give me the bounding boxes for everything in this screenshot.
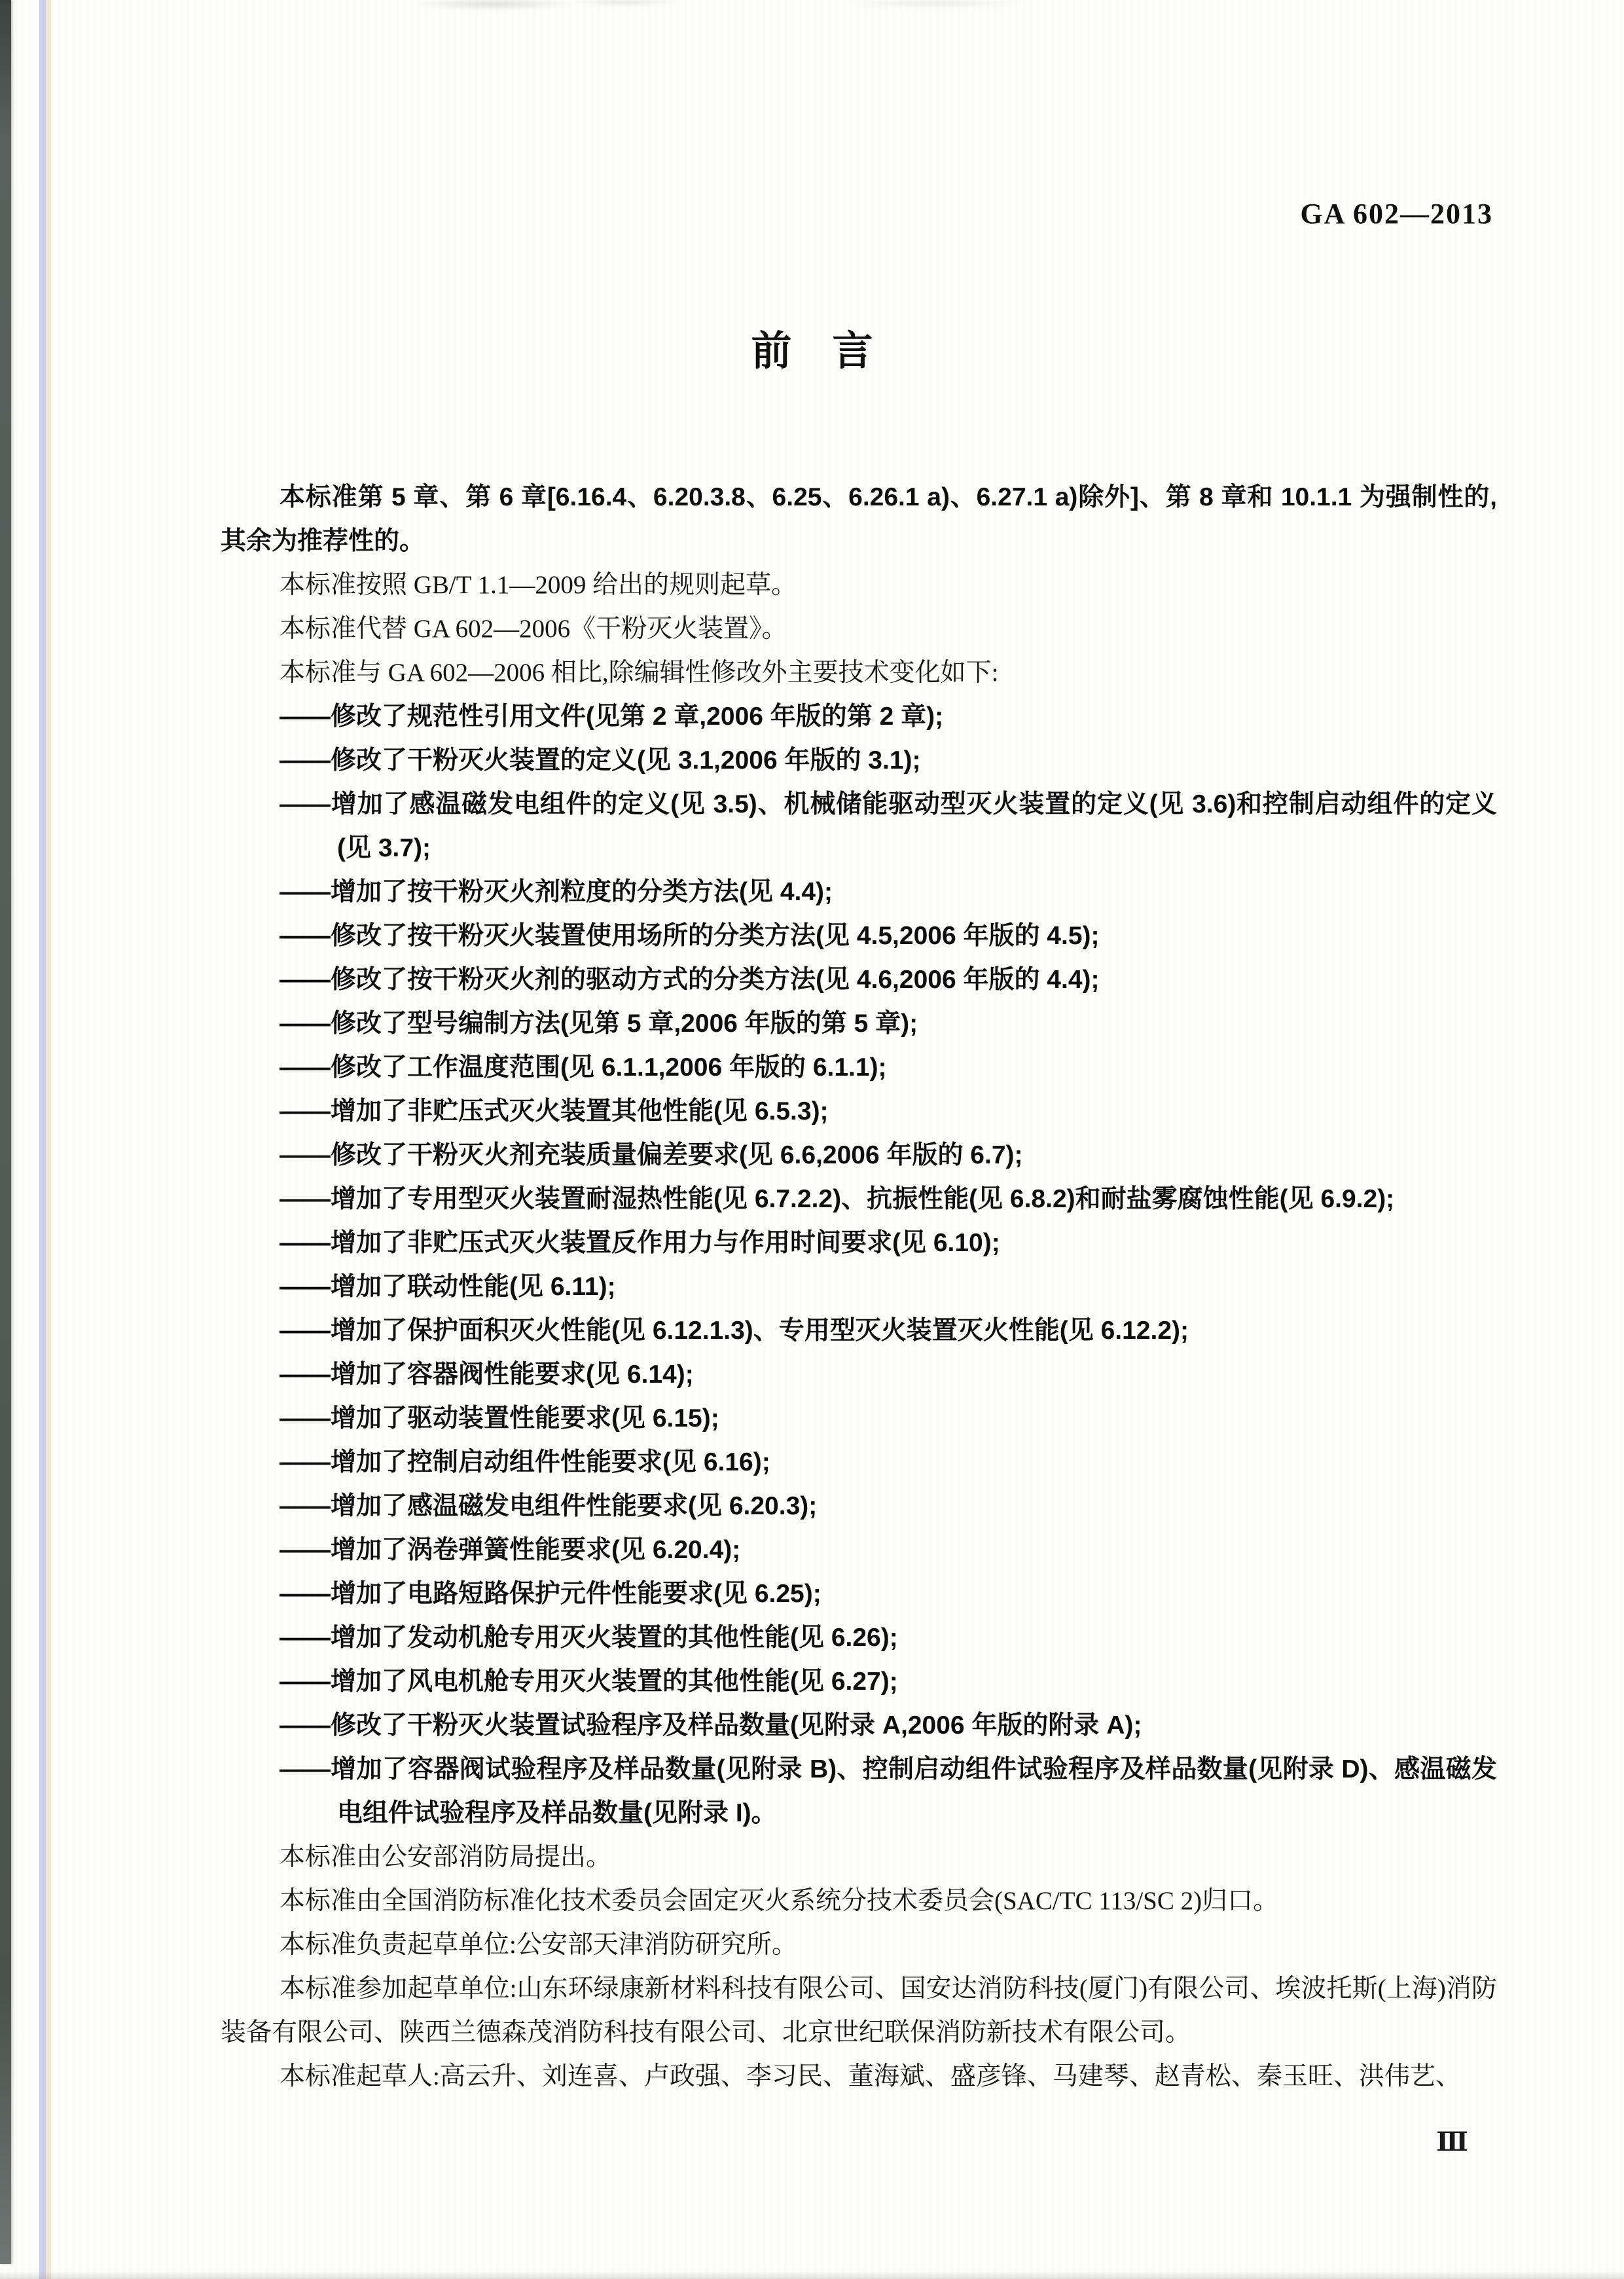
change-list-item: ——修改了型号编制方法(见第 5 章,2006 年版的第 5 章); — [221, 1002, 1497, 1046]
paragraph: 本标准参加起草单位:山东环绿康新材料科技有限公司、国安达消防科技(厦门)有限公司… — [221, 1967, 1497, 2054]
change-list-item: ——修改了按干粉灭火剂的驱动方式的分类方法(见 4.6,2006 年版的 4.4… — [221, 958, 1497, 1002]
change-list-item: ——增加了容器阀性能要求(见 6.14); — [221, 1353, 1497, 1396]
change-list-item: ——修改了干粉灭火装置试验程序及样品数量(见附录 A,2006 年版的附录 A)… — [221, 1704, 1497, 1747]
change-list-item: ——增加了容器阀试验程序及样品数量(见附录 B)、控制启动组件试验程序及样品数量… — [221, 1747, 1497, 1835]
paragraph: 本标准起草人:高云升、刘连喜、卢政强、李习民、董海斌、盛彦锋、马建琴、赵青松、秦… — [221, 2054, 1497, 2098]
change-list-item: ——增加了发动机舱专用灭火装置的其他性能(见 6.26); — [221, 1616, 1497, 1660]
scan-smudge-top — [281, 0, 1100, 20]
standard-code-header: GA 602—2013 — [1300, 197, 1493, 230]
change-list-item: ——增加了专用型灭火装置耐湿热性能(见 6.7.2.2)、抗振性能(见 6.8.… — [221, 1177, 1497, 1221]
paragraph: 本标准与 GA 602—2006 相比,除编辑性修改外主要技术变化如下: — [221, 651, 1497, 695]
change-list-item: ——修改了干粉灭火装置的定义(见 3.1,2006 年版的 3.1); — [221, 738, 1497, 782]
paragraph: 本标准由公安部消防局提出。 — [221, 1835, 1497, 1879]
change-list-item: ——增加了按干粉灭火剂粒度的分类方法(见 4.4); — [221, 870, 1497, 914]
change-list-item: ——增加了非贮压式灭火装置其他性能(见 6.5.3); — [221, 1089, 1497, 1133]
change-list-item: ——增加了控制启动组件性能要求(见 6.16); — [221, 1440, 1497, 1484]
change-list-item: ——增加了感温磁发电组件的定义(见 3.5)、机械储能驱动型灭火装置的定义(见 … — [221, 782, 1497, 870]
change-list-item: ——增加了电路短路保护元件性能要求(见 6.25); — [221, 1572, 1497, 1616]
document-body: 本标准第 5 章、第 6 章[6.16.4、6.20.3.8、6.25、6.26… — [221, 475, 1497, 2098]
change-list-item: ——修改了干粉灭火剂充装质量偏差要求(见 6.6,2006 年版的 6.7); — [221, 1133, 1497, 1177]
page-number: Ⅲ — [1436, 2126, 1468, 2157]
paragraph: 本标准负责起草单位:公安部天津消防研究所。 — [221, 1923, 1497, 1967]
paragraph: 本标准代替 GA 602—2006《干粉灭火装置》。 — [221, 607, 1497, 651]
change-list-item: ——增加了驱动装置性能要求(见 6.15); — [221, 1396, 1497, 1440]
scan-bottom-edge — [0, 2271, 1624, 2279]
paragraph: 本标准按照 GB/T 1.1—2009 给出的规则起草。 — [221, 563, 1497, 607]
scanned-document-page: GA 602—2013 前 言 本标准第 5 章、第 6 章[6.16.4、6.… — [0, 0, 1624, 2279]
compulsory-clause-paragraph: 本标准第 5 章、第 6 章[6.16.4、6.20.3.8、6.25、6.26… — [221, 475, 1497, 563]
change-list-item: ——修改了按干粉灭火装置使用场所的分类方法(见 4.5,2006 年版的 4.5… — [221, 914, 1497, 958]
change-list-item: ——增加了风电机舱专用灭火装置的其他性能(见 6.27); — [221, 1660, 1497, 1704]
change-list-item: ——修改了工作温度范围(见 6.1.1,2006 年版的 6.1.1); — [221, 1046, 1497, 1089]
change-list-item: ——修改了规范性引用文件(见第 2 章,2006 年版的第 2 章); — [221, 695, 1497, 738]
change-list-item: ——增加了联动性能(见 6.11); — [221, 1265, 1497, 1309]
change-list-item: ——增加了保护面积灭火性能(见 6.12.1.3)、专用型灭火装置灭火性能(见 … — [221, 1309, 1497, 1353]
change-list-item: ——增加了感温磁发电组件性能要求(见 6.20.3); — [221, 1484, 1497, 1528]
change-list-item: ——增加了涡卷弹簧性能要求(见 6.20.4); — [221, 1528, 1497, 1572]
change-list-item: ——增加了非贮压式灭火装置反作用力与作用时间要求(见 6.10); — [221, 1221, 1497, 1265]
paragraph: 本标准由全国消防标准化技术委员会固定灭火系统分技术委员会(SAC/TC 113/… — [221, 1879, 1497, 1923]
page-title-foreword: 前 言 — [0, 329, 1624, 374]
